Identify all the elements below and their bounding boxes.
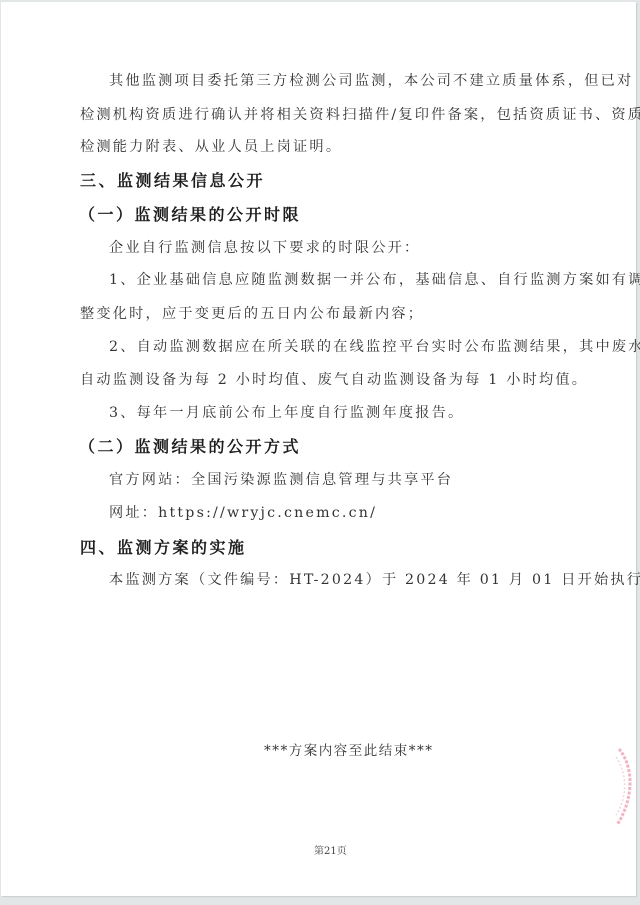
- paragraph-line: 其他监测项目委托第三方检测公司监测，本公司不建立质量体系，但已对: [109, 70, 633, 90]
- end-of-document-mark: ***方案内容至此结束***: [264, 739, 434, 759]
- section-heading-4: 四、监测方案的实施: [80, 535, 247, 558]
- paragraph-line: 企业自行监测信息按以下要求的时限公开：: [109, 237, 420, 257]
- paragraph-line: 检测能力附表、从业人员上岗证明。: [80, 136, 342, 156]
- paragraph-line: 本监测方案（文件编号：HT-2024）于 2024 年 01 月 01 日开始执…: [109, 569, 640, 589]
- list-item-line: 整变化时，应于变更后的五日内公布最新内容；: [80, 303, 424, 323]
- list-item-line: 1、企业基础信息应随监测数据一并公布，基础信息、自行监测方案如有调: [109, 269, 640, 289]
- section-heading-3: 三、监测结果信息公开: [80, 168, 265, 191]
- page-number: 第21页: [314, 842, 347, 857]
- subsection-heading-2: （二）监测结果的公开方式: [79, 434, 301, 457]
- list-item-line: 自动监测设备为每 2 小时均值、废气自动监测设备为每 1 小时均值。: [80, 369, 588, 389]
- list-item-line: 2、自动监测数据应在所关联的在线监控平台实时公布监测结果，其中废水: [109, 336, 640, 356]
- document-page: 其他监测项目委托第三方检测公司监测，本公司不建立质量体系，但已对 检测机构资质进…: [1, 2, 636, 896]
- url-text: 网址：https://wryjc.cnemc.cn/: [109, 502, 377, 522]
- list-item-line: 3、每年一月底前公布上年度自行监测年度报告。: [109, 402, 464, 422]
- paragraph-line: 检测机构资质进行确认并将相关资料扫描件/复印件备案，包括资质证书、资质: [80, 104, 640, 124]
- paragraph-line: 官方网站：全国污染源监测信息管理与共享平台: [109, 469, 453, 489]
- subsection-heading-1: （一）监测结果的公开时限: [79, 202, 301, 225]
- seal-stamp-icon: [615, 747, 637, 827]
